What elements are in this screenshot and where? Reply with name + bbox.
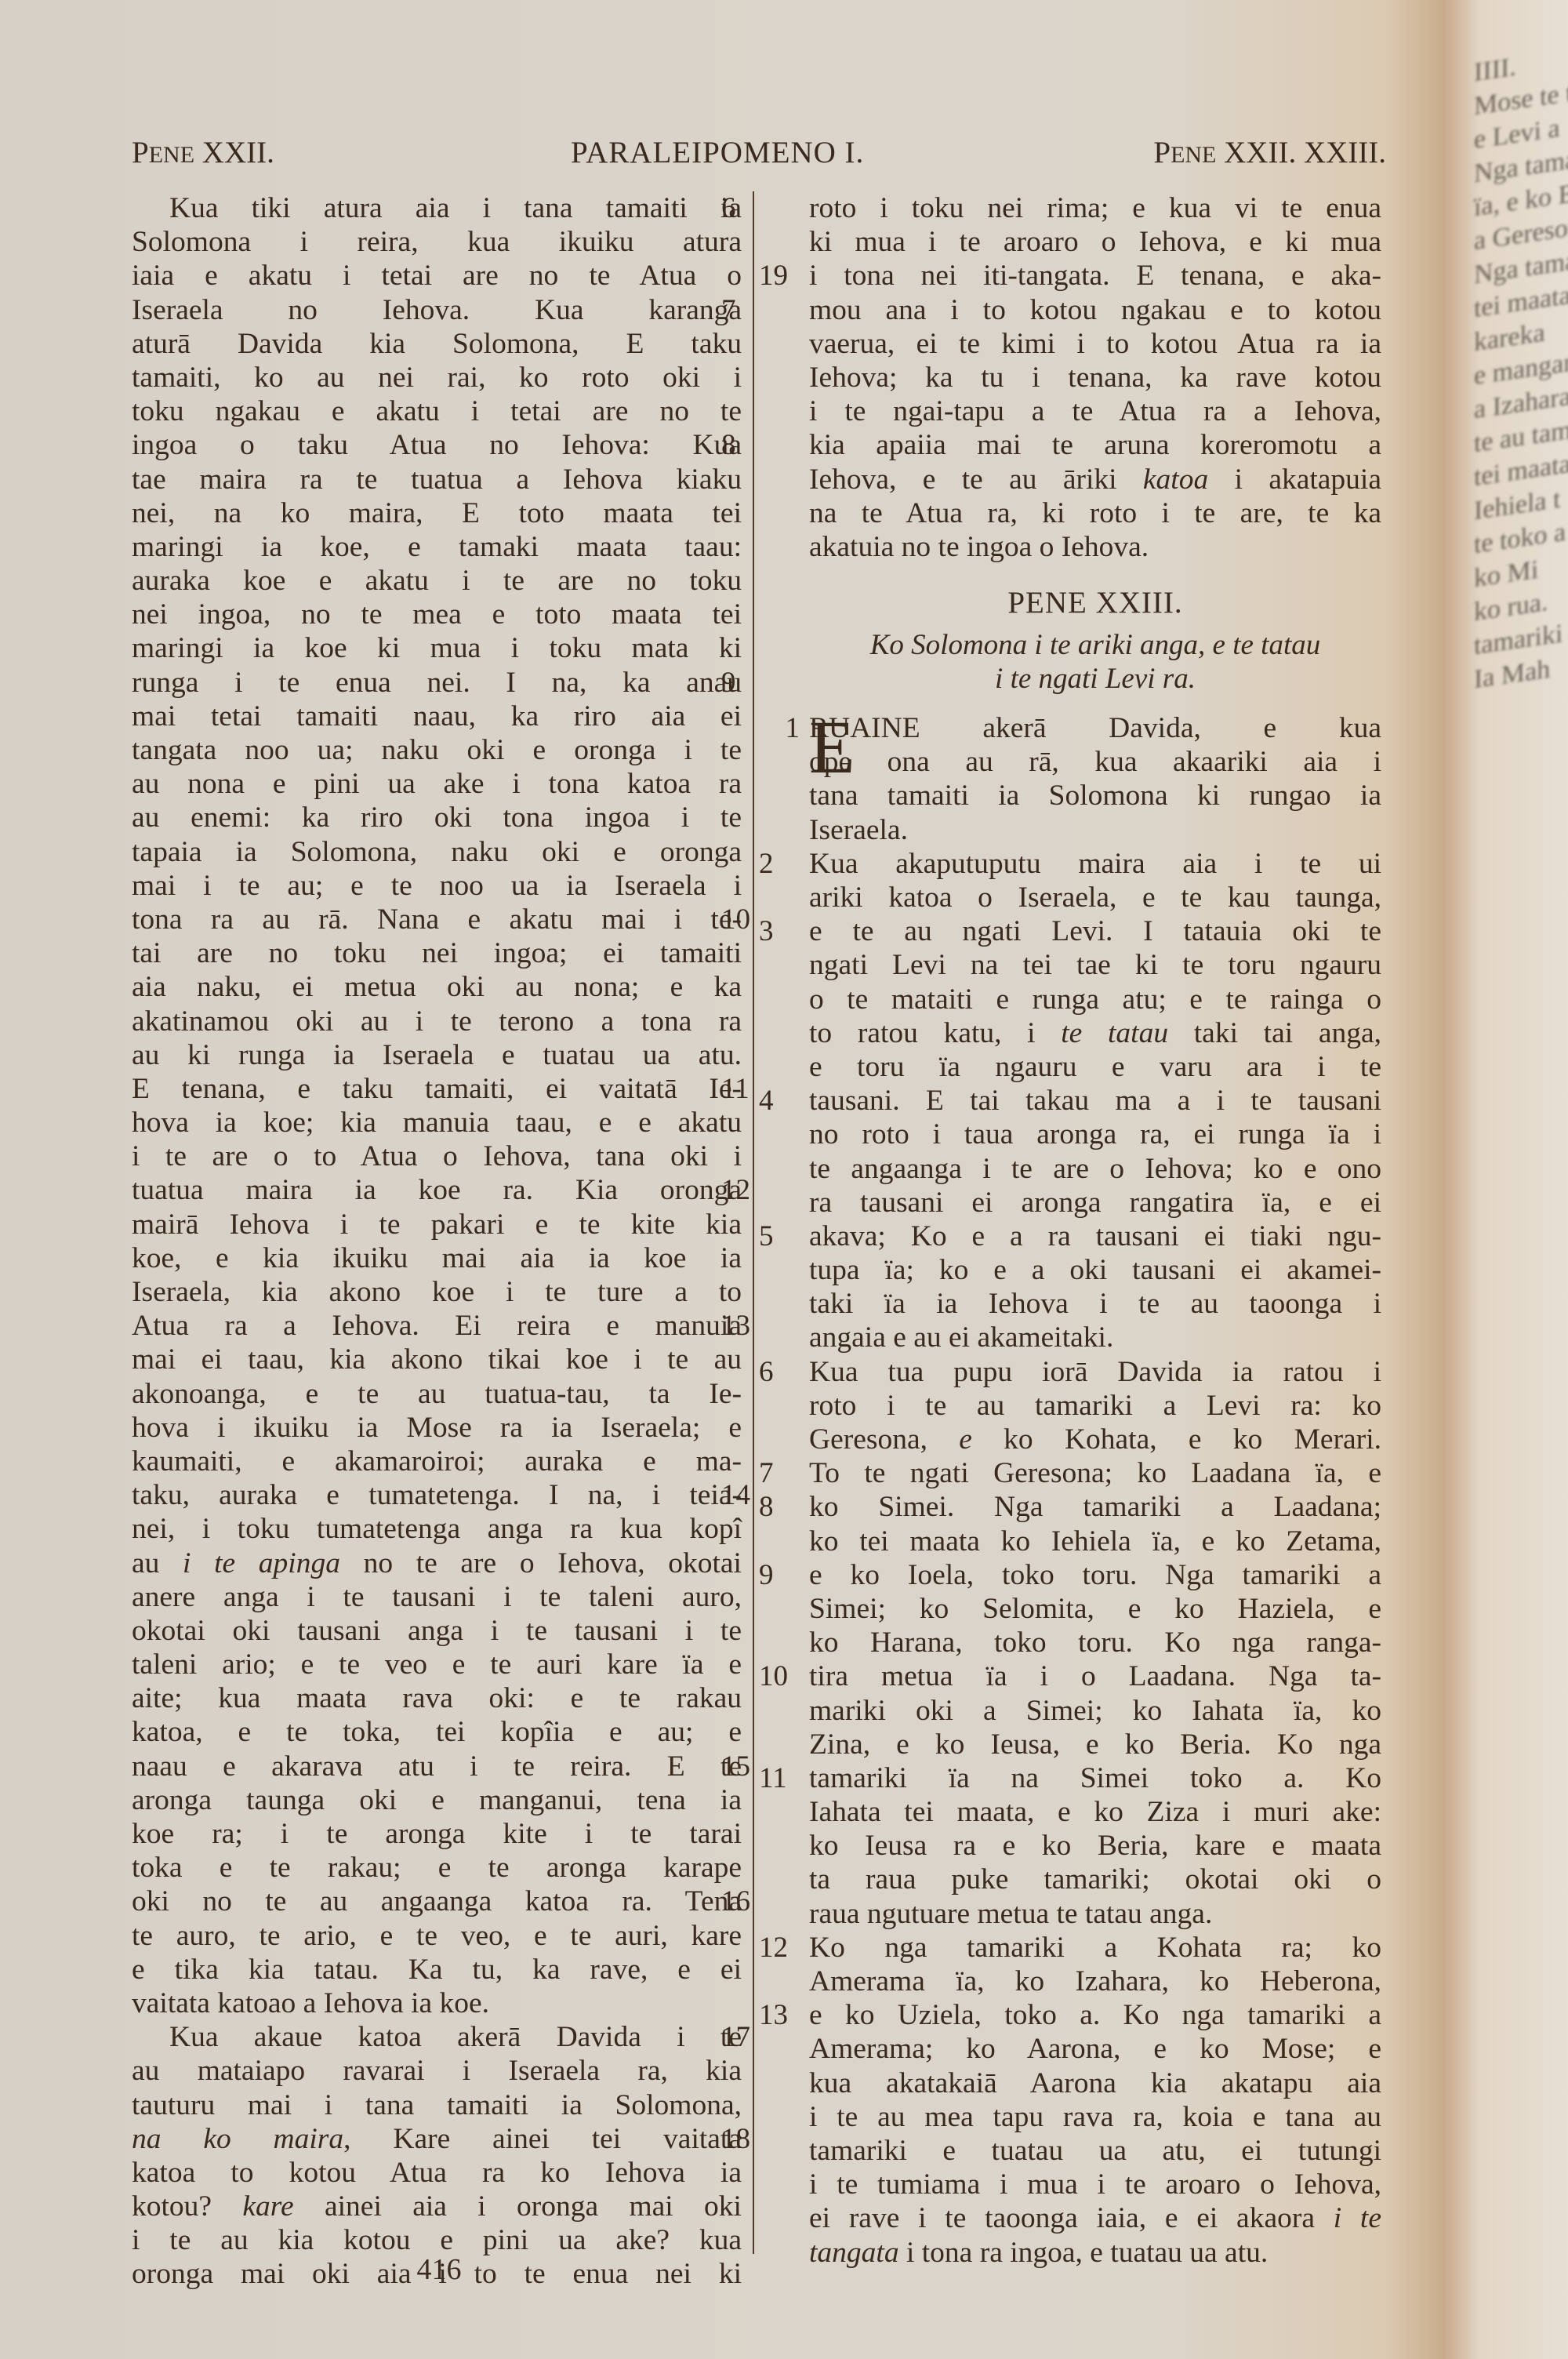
- text-line: aia naku, ei metua oki au nona; e ka: [132, 970, 742, 1004]
- text-line: mai ei taau, kia akono tikai koe i te au: [132, 1343, 742, 1376]
- text-line: hova i ikuiku ia Mose ra ia Iseraela; e: [132, 1411, 742, 1445]
- text-line: taku, auraka e tumatetenga. I na, i teia…: [132, 1478, 742, 1512]
- text-line: e ko Ioela, toko toru. Nga tamariki a9: [809, 1558, 1381, 1592]
- verse-number: 9: [721, 666, 736, 700]
- text-line: ki mua i te aroaro o Iehova, e ki mua: [809, 225, 1381, 259]
- text-line: taki ïa ia Iehova i te au taoonga i: [809, 1287, 1381, 1321]
- text-line: Iahata tei maata, e ko Ziza i muri ake:: [809, 1795, 1381, 1829]
- adjacent-page-edge: IIII.Mose te tae Levi aNga tamaïa, e ko …: [1443, 0, 1568, 2359]
- text-line: ngati Levi na tei tae ki te toru ngauru: [809, 948, 1381, 982]
- text-line: i tona nei iti-tangata. E tenana, e aka-…: [809, 259, 1381, 293]
- verse-number: 17: [721, 2020, 750, 2054]
- text-line: tona ra au rā. Nana e akatu mai i te-10: [132, 903, 742, 936]
- text-line: Kua akaputuputu maira aia i te ui2: [809, 847, 1381, 881]
- text-line: anere anga i te tausani i te taleni auro…: [132, 1580, 742, 1614]
- text-line: tuatua maira ia koe ra. Kia oronga12: [132, 1173, 742, 1207]
- text-line: runga i te enua nei. I na, ka anau9: [132, 666, 742, 700]
- text-line: mai i te au; e te noo ua ia Iseraela i: [132, 869, 742, 903]
- text-line: tamariki ïa na Simei toko a. Ko11: [809, 1761, 1381, 1795]
- text-line: auraka koe e akatu i te are no toku: [132, 564, 742, 598]
- text-line: na ko maira, Kare ainei tei vaitata18: [132, 2122, 742, 2156]
- text-line: tausani. E tai takau ma a i te tausani4: [809, 1084, 1381, 1118]
- verse-number: 7: [721, 293, 736, 327]
- text-line: Iseraela no Iehova. Kua karanga7: [132, 293, 742, 327]
- text-line: nei ingoa, no te mea e toto maata tei: [132, 598, 742, 631]
- text-line: au enemi: ka riro oki tona ingoa i te: [132, 801, 742, 834]
- text-line: roto i te au tamariki a Levi ra: ko: [809, 1389, 1381, 1423]
- text-line: nei, na ko maira, E toto maata tei: [132, 496, 742, 530]
- running-head-left: PENE XXII.: [132, 135, 274, 170]
- text-line: toka e te rakau; e te aronga karape: [132, 1851, 742, 1885]
- text-line: tana tamaiti ia Solomona ki rungao ia: [809, 779, 1381, 812]
- text-line: taleni ario; e te veo e te auri kare ïa …: [132, 1648, 742, 1681]
- text-line: Amerama; ko Aarona, e ko Mose; e: [809, 2032, 1381, 2066]
- chapter-23-body: tana tamaiti ia Solomona ki rungao iaIse…: [809, 779, 1381, 2269]
- text-line: Kua tua pupu iorā Davida ia ratou i6: [809, 1355, 1381, 1389]
- text-line: i te are o to Atua o Iehova, tana oki i: [132, 1140, 742, 1173]
- verse-number: 1: [759, 711, 800, 745]
- text-line: kua akatakaiā Aarona kia akatapu aia: [809, 2066, 1381, 2100]
- text-line: ariki katoa o Iseraela, e te kau taunga,: [809, 881, 1381, 914]
- text-line: i te tumiama i mua i te aroaro o Iehova,: [809, 2168, 1381, 2201]
- verse-number: 3: [759, 914, 800, 948]
- text-line: angaia e au ei akameitaki.: [809, 1321, 1381, 1354]
- italic-text: te tatau: [1061, 1017, 1168, 1049]
- text-line: ko Simei. Nga tamariki a Laadana;8: [809, 1490, 1381, 1524]
- text-line: Simei; ko Selomita, e ko Haziela, e: [809, 1592, 1381, 1626]
- text-line: ingoa o taku Atua no Iehova: Kua8: [132, 428, 742, 462]
- adjacent-page-text: IIII.Mose te tae Levi aNga tamaïa, e ko …: [1474, 38, 1568, 696]
- text-line: akatinamou oki au i te terono a tona ra: [132, 1005, 742, 1038]
- verse-number: 4: [759, 1084, 800, 1118]
- dropcap-paragraph: 1 E RUAINE akerā Davida, e kua ope ona a…: [809, 711, 1381, 779]
- text-line: kia apaiia mai te aruna koreromotu a: [809, 428, 1381, 462]
- text-line: maringi ia koe ki mua i toku mata ki: [132, 631, 742, 665]
- verse-number: 10: [721, 903, 750, 936]
- text-line: au nona e pini ua ake i tona katoa ra: [132, 767, 742, 801]
- text-line: au mataiapo ravarai i Iseraela ra, kia: [132, 2054, 742, 2088]
- text-line: E tenana, e taku tamaiti, ei vaitatā Ie-…: [132, 1072, 742, 1106]
- text-line: kotou? kare ainei aia i oronga mai oki: [132, 2190, 742, 2223]
- verse-number: 15: [721, 1750, 750, 1783]
- verse-number: 7: [759, 1456, 800, 1490]
- text-line: tapaia ia Solomona, naku oki e oronga: [132, 835, 742, 869]
- verse-number: 11: [759, 1761, 800, 1795]
- chapter-prefix: PENE: [1153, 136, 1216, 169]
- text-line: raua ngutuare metua te tatau anga.: [809, 1897, 1381, 1931]
- text-line: Kua tiki atura aia i tana tamaiti ia6: [132, 191, 742, 225]
- text-line: Zina, e ko Ieusa, e ko Beria. Ko nga: [809, 1728, 1381, 1761]
- text-line: Solomona i reira, kua ikuiku atura: [132, 225, 742, 259]
- text-line: Iehova, e te au āriki katoa i akatapuia: [809, 463, 1381, 496]
- text-line: tamariki e tuatau ua atu, ei tutungi: [809, 2134, 1381, 2168]
- verse-number: 13: [721, 1309, 750, 1343]
- verse-number: 8: [759, 1490, 800, 1524]
- text-line: na te Atua ra, ki roto i te are, te ka: [809, 496, 1381, 530]
- text-line: okotai oki tausani anga i te tausani i t…: [132, 1614, 742, 1648]
- text-line: vaerua, ei te kimi i to kotou Atua ra ia: [809, 327, 1381, 361]
- text-line: ko Ieusa ra e ko Beria, kare e maata: [809, 1829, 1381, 1863]
- chapter-heading: PENE XXIII.: [809, 578, 1381, 628]
- verse-number: 19: [759, 259, 800, 293]
- italic-text: tangata: [809, 2237, 899, 2269]
- chapter-22-ending: roto i toku nei rima; e kua vi te enuaki…: [809, 191, 1381, 564]
- text-line: vaitata katoao a Iehova ia koe.: [132, 1986, 742, 2020]
- italic-text: e: [959, 1423, 972, 1456]
- text-line: hova ia koe; kia manuia taau, e e akatu: [132, 1106, 742, 1140]
- text-line: akava; Ko e a ra tausani ei tiaki ngu-5: [809, 1219, 1381, 1253]
- text-line: te angaanga i te are o Iehova; ko e ono: [809, 1152, 1381, 1186]
- text-line: ko tei maata ko Iehiela ïa, e ko Zetama,: [809, 1525, 1381, 1558]
- page-number: 416: [400, 2252, 478, 2287]
- text-line: mairā Iehova i te pakari e te kite kia: [132, 1208, 742, 1241]
- text-line: no roto i taua aronga ra, ei runga ïa i: [809, 1118, 1381, 1151]
- chapter-summary: Ko Solomona i te ariki anga, e te tatau …: [809, 628, 1381, 696]
- right-text-column: roto i toku nei rima; e kua vi te enuaki…: [809, 191, 1381, 2270]
- text-line: au i te apinga no te are o Iehova, okota…: [132, 1547, 742, 1580]
- text-line: Iseraela, kia akono koe i te ture a to: [132, 1275, 742, 1309]
- running-head: PENE XXII. PARALEIPOMENO I. PENE XXII. X…: [132, 135, 1386, 174]
- verse-number: 18: [721, 2122, 750, 2156]
- text-line: katoa to kotou Atua ra ko Iehova ia: [132, 2156, 742, 2190]
- verse-number: 10: [759, 1659, 800, 1693]
- text-line: mai tetai tamaiti naau, ka riro aia ei: [132, 700, 742, 733]
- verse-number: 5: [759, 1219, 800, 1253]
- verse-number: 16: [721, 1885, 750, 1918]
- verse-number: 11: [721, 1072, 750, 1106]
- verse-number: 9: [759, 1558, 800, 1592]
- text-line: tae maira ra te tuatua a Iehova kiaku: [132, 463, 742, 496]
- text-line: ta raua puke tamariki; okotai oki o: [809, 1863, 1381, 1896]
- text-line: kaumaiti, e akamaroiroi; auraka e ma-: [132, 1445, 742, 1478]
- verse-number: 12: [721, 1173, 750, 1207]
- book-title: PARALEIPOMENO I.: [571, 135, 864, 170]
- left-text-column: Kua tiki atura aia i tana tamaiti ia6Sol…: [132, 191, 742, 2292]
- verse-number: 6: [721, 191, 736, 225]
- text-line: te auro, te ario, e te veo, e te auri, k…: [132, 1919, 742, 1953]
- text-line: Iseraela.: [809, 813, 1381, 847]
- text-line: i te au mea tapu rava ra, koia e tana au: [809, 2100, 1381, 2134]
- verse-number: 6: [759, 1355, 800, 1389]
- text-line: tai are no toku nei ingoa; ei tamaiti: [132, 936, 742, 970]
- text-line: tauturu mai i tana tamaiti ia Solomona,: [132, 2088, 742, 2122]
- text-line: ei rave i te taoonga iaia, e ei akaora i…: [809, 2201, 1381, 2235]
- text-line: aronga taunga oki e manganui, tena ia: [132, 1783, 742, 1817]
- text-line: au ki runga ia Iseraela e tuatau ua atu.: [132, 1038, 742, 1072]
- chapter-number: XXII.: [202, 136, 274, 169]
- text-line: mariki oki a Simei; ko Iahata ïa, ko: [809, 1694, 1381, 1728]
- text-line: e ko Uziela, toko a. Ko nga tamariki a13: [809, 1998, 1381, 2032]
- text-line: tangata noo ua; naku oki e oronga i te: [132, 733, 742, 767]
- text-line: e tika kia tatau. Ka tu, ka rave, e ei: [132, 1953, 742, 1986]
- text-line: tupa ïa; ko e a oki tausani ei akamei-: [809, 1253, 1381, 1287]
- book-page: PENE XXII. PARALEIPOMENO I. PENE XXII. X…: [0, 0, 1443, 2359]
- text-line: RUAINE akerā Davida, e kua: [809, 711, 1381, 745]
- text-line: Iehova; ka tu i tenana, ka rave kotou: [809, 361, 1381, 394]
- text-line: iaia e akatu i tetai are no te Atua o: [132, 259, 742, 293]
- text-line: ko Harana, toko toru. Ko nga ranga-: [809, 1626, 1381, 1659]
- text-line: Geresona, e ko Kohata, e ko Merari.: [809, 1423, 1381, 1456]
- text-line: nei, i toku tumatetenga anga ra kua kopî: [132, 1512, 742, 1546]
- text-line: i te ngai-tapu a te Atua ra a Iehova,: [809, 394, 1381, 428]
- verse-number: 8: [721, 428, 736, 462]
- verse-number: 2: [759, 847, 800, 881]
- text-line: naau e akarava atu i te reira. E te15: [132, 1750, 742, 1783]
- text-line: koe ra; i te aronga kite i te tarai: [132, 1817, 742, 1851]
- italic-text: i te apinga: [183, 1547, 340, 1579]
- text-line: koe, e kia ikuiku mai aia ia koe ia: [132, 1241, 742, 1275]
- text-line: tangata i tona ra ingoa, e tuatau ua atu…: [809, 2236, 1381, 2270]
- text-line: To te ngati Geresona; ko Laadana ïa, e7: [809, 1456, 1381, 1490]
- verse-number: 14: [721, 1478, 750, 1512]
- chapter-range: XXII. XXIII.: [1224, 136, 1386, 169]
- text-line: Kua akaue katoa akerā Davida i te17: [132, 2020, 742, 2054]
- text-line: oki no te au angaanga katoa ra. Tena16: [132, 1885, 742, 1918]
- text-line: ra tausani ei aronga rangatira ïa, e ei: [809, 1186, 1381, 1219]
- running-head-right: PENE XXII. XXIII.: [1153, 135, 1386, 170]
- text-line: tira metua ïa i o Laadana. Nga ta-10: [809, 1659, 1381, 1693]
- text-line: e te au ngati Levi. I tatauia oki te3: [809, 914, 1381, 948]
- text-line: mou ana i to kotou ngakau e to kotou: [809, 293, 1381, 327]
- text-line: maringi ia koe, e tamaki maata taau:: [132, 530, 742, 564]
- text-line: to ratou katu, i te tatau taki tai anga,: [809, 1016, 1381, 1050]
- text-line: aite; kua maata rava oki: e te rakau: [132, 1681, 742, 1715]
- text-line: Atua ra a Iehova. Ei reira e manuia13: [132, 1309, 742, 1343]
- summary-line: Ko Solomona i te ariki anga, e te tatau: [809, 628, 1381, 662]
- text-line: o te mataiti e runga atu; e te rainga o: [809, 983, 1381, 1016]
- italic-text: kare: [242, 2190, 293, 2223]
- text-line: e toru ïa ngauru e varu ara i te: [809, 1050, 1381, 1084]
- text-line: ope ona au rā, kua akaariki aia i: [809, 745, 1381, 779]
- text-line: toku ngakau e akatu i tetai are no te: [132, 394, 742, 428]
- text-line: roto i toku nei rima; e kua vi te enua: [809, 191, 1381, 225]
- text-line: katoa, e te toka, tei kopîia e au; e: [132, 1715, 742, 1749]
- verse-number: 13: [759, 1998, 800, 2032]
- summary-line: i te ngati Levi ra.: [809, 662, 1381, 696]
- chapter-prefix: PENE: [132, 136, 194, 169]
- italic-text: na ko maira: [132, 2123, 343, 2155]
- italic-text: i te: [1334, 2202, 1381, 2234]
- text-line: Amerama ïa, ko Izahara, ko Heberona,: [809, 1965, 1381, 1998]
- text-line: akonoanga, e te au tuatua-tau, ta Ie-: [132, 1377, 742, 1411]
- text-line: tamaiti, ko au nei rai, ko roto oki i: [132, 361, 742, 394]
- text-line: Ko nga tamariki a Kohata ra; ko12: [809, 1931, 1381, 1965]
- text-line: aturā Davida kia Solomona, E taku: [132, 327, 742, 361]
- verse-number: 12: [759, 1931, 800, 1965]
- italic-text: katoa: [1143, 463, 1208, 496]
- column-divider: [753, 191, 754, 2254]
- text-line: akatuia no te ingoa o Iehova.: [809, 530, 1381, 564]
